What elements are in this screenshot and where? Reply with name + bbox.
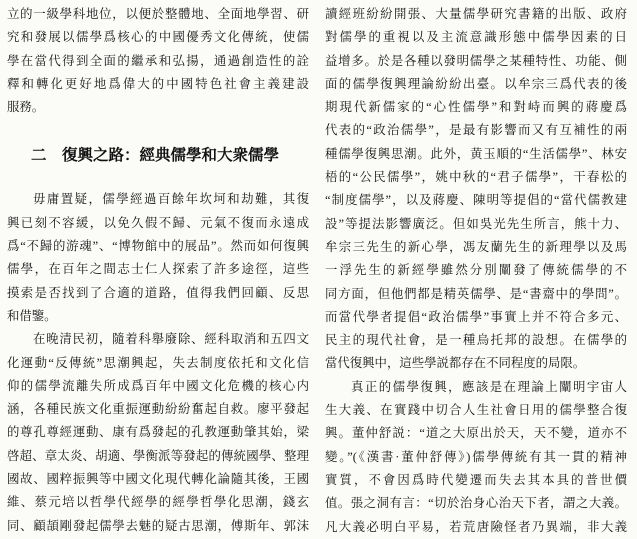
text-line: 毋庸置疑，儒學經過百餘年坎坷和劫難，其復	[7, 188, 309, 211]
book-page: 立的一級學科地位，以便於整體地、全面地學習、研 究和發展以儒學爲核心的中國優秀文…	[0, 0, 637, 539]
text-line: 面的儒學復興理論紛紛出臺。以牟宗三爲代表的後	[325, 73, 627, 96]
text-line: 讀經班紛紛開張、大量儒學研究書籍的出版、政府	[325, 3, 627, 26]
text-line: 真正的儒學復興，應該是在理論上闡明宇宙人	[325, 376, 627, 399]
text-line: 立的一級學科地位，以便於整體地、全面地學習、研	[7, 3, 309, 26]
text-line: 期現代新儒家的“心性儒學”和對峙而興的蔣慶爲	[325, 96, 627, 119]
text-line: 當代復興中，這些學説都存在不同程度的局限。	[325, 352, 627, 375]
text-line: 釋和轉化更好地爲偉大的中國特色社會主義建設	[7, 73, 309, 96]
text-line: 代表的“政治儒學”，是最有影響而又有互補性的兩	[325, 119, 627, 142]
text-line: 梧的“公民儒學”，姚中秋的“君子儒學”，干春松的	[325, 166, 627, 189]
text-line: 的尊孔尊經運動、康有爲發起的孔教運動肇其始，梁	[7, 421, 309, 444]
text-line: 設”等提法影響廣泛。但如吳光先生所言，熊十力、	[325, 213, 627, 236]
text-line: 維、蔡元培以哲學代經學的經學哲學化思潮，錢玄	[7, 491, 309, 514]
text-line: 生大義、在實踐中切合人生社會日用的儒學整合復	[325, 399, 627, 422]
text-line: 民主的現代社會，是一種烏托邦的設想。在儒學的	[325, 329, 627, 352]
text-line: 化運動“反傳統”思潮興起，失去制度依托和文化信	[7, 352, 309, 375]
text-line: 和借鑒。	[7, 305, 309, 328]
text-line: 變。”(《漢書·董仲舒傳》)儒學傳統有其一貫的精神	[325, 446, 627, 469]
text-line: 同、顧頡剛發起儒學去魅的疑古思潮，傅斯年、郭沫	[7, 515, 309, 538]
text-line: 仰的儒學流離失所成爲百年中國文化危機的核心内	[7, 375, 309, 398]
text-line: 儒學，在百年之間志士仁人探索了許多途徑，這些	[7, 258, 309, 281]
text-line: 涵，各種民族文化重振運動紛紛奮起自救。廖平發起	[7, 398, 309, 421]
text-line: 牟宗三先生的新心學，馮友蘭先生的新理學以及馬	[325, 236, 627, 259]
left-column: 立的一級學科地位，以便於整體地、全面地學習、研 究和發展以儒學爲核心的中國優秀文…	[7, 3, 309, 539]
text-line: 實質，不會因爲時代變遷而失去其本具的普世價	[325, 469, 627, 492]
text-line: 究和發展以儒學爲核心的中國優秀文化傳統，使儒	[7, 26, 309, 49]
text-line: 值。張之洞有言：“切於治身心治天下者，謂之大義。	[325, 492, 627, 515]
text-line: 益增多。於是各種以發明儒學之某種特性、功能、側	[325, 50, 627, 73]
text-line: “制度儒學”，以及蔣慶、陳明等提倡的“當代儒教建	[325, 189, 627, 212]
text-line: 在晚清民初，隨着科舉廢除、經科取消和五四文	[7, 328, 309, 351]
text-line: 凡大義必明白平易，若荒唐險怪者乃異端，非大義	[325, 516, 627, 539]
text-line: 國故、國粹振興等中國文化現代轉化論隨其後，王國	[7, 468, 309, 491]
right-column: 讀經班紛紛開張、大量儒學研究書籍的出版、政府 對儒學的重視以及主流意識形態中儒學…	[325, 3, 627, 539]
text-line: 摸索是否找到了合適的道路，值得我們回顧、反思	[7, 282, 309, 305]
section-heading: 二 復興之路：經典儒學和大衆儒學	[7, 144, 309, 167]
text-line: 興。董仲舒説：“道之大原出於天，天不變，道亦不	[325, 422, 627, 445]
text-line: 同方面，但他們都是精英儒學、是“書齋中的學問”。	[325, 283, 627, 306]
text-line: 而當代學者提倡“政治儒學”事實上并不符合多元、	[325, 306, 627, 329]
text-line: 服務。	[7, 96, 309, 119]
text-line: 爲“不歸的游魂”、“博物館中的展品”。然而如何復興	[7, 235, 309, 258]
text-line: 種儒學復興思潮。此外，黄玉順的“生活儒學”、林安	[325, 143, 627, 166]
text-line: 興已刻不容緩，以免久假不歸、元氣不復而永遠成	[7, 212, 309, 235]
text-line: 啓超、章太炎、胡適、學衡派等發起的傳統國學、整理	[7, 445, 309, 468]
text-line: 對儒學的重視以及主流意識形態中儒學因素的日	[325, 26, 627, 49]
text-line: 學在當代得到全面的繼承和弘揚，通過創造性的詮	[7, 50, 309, 73]
text-line: 一浮先生的新經學雖然分別闡發了傳統儒學的不	[325, 259, 627, 282]
